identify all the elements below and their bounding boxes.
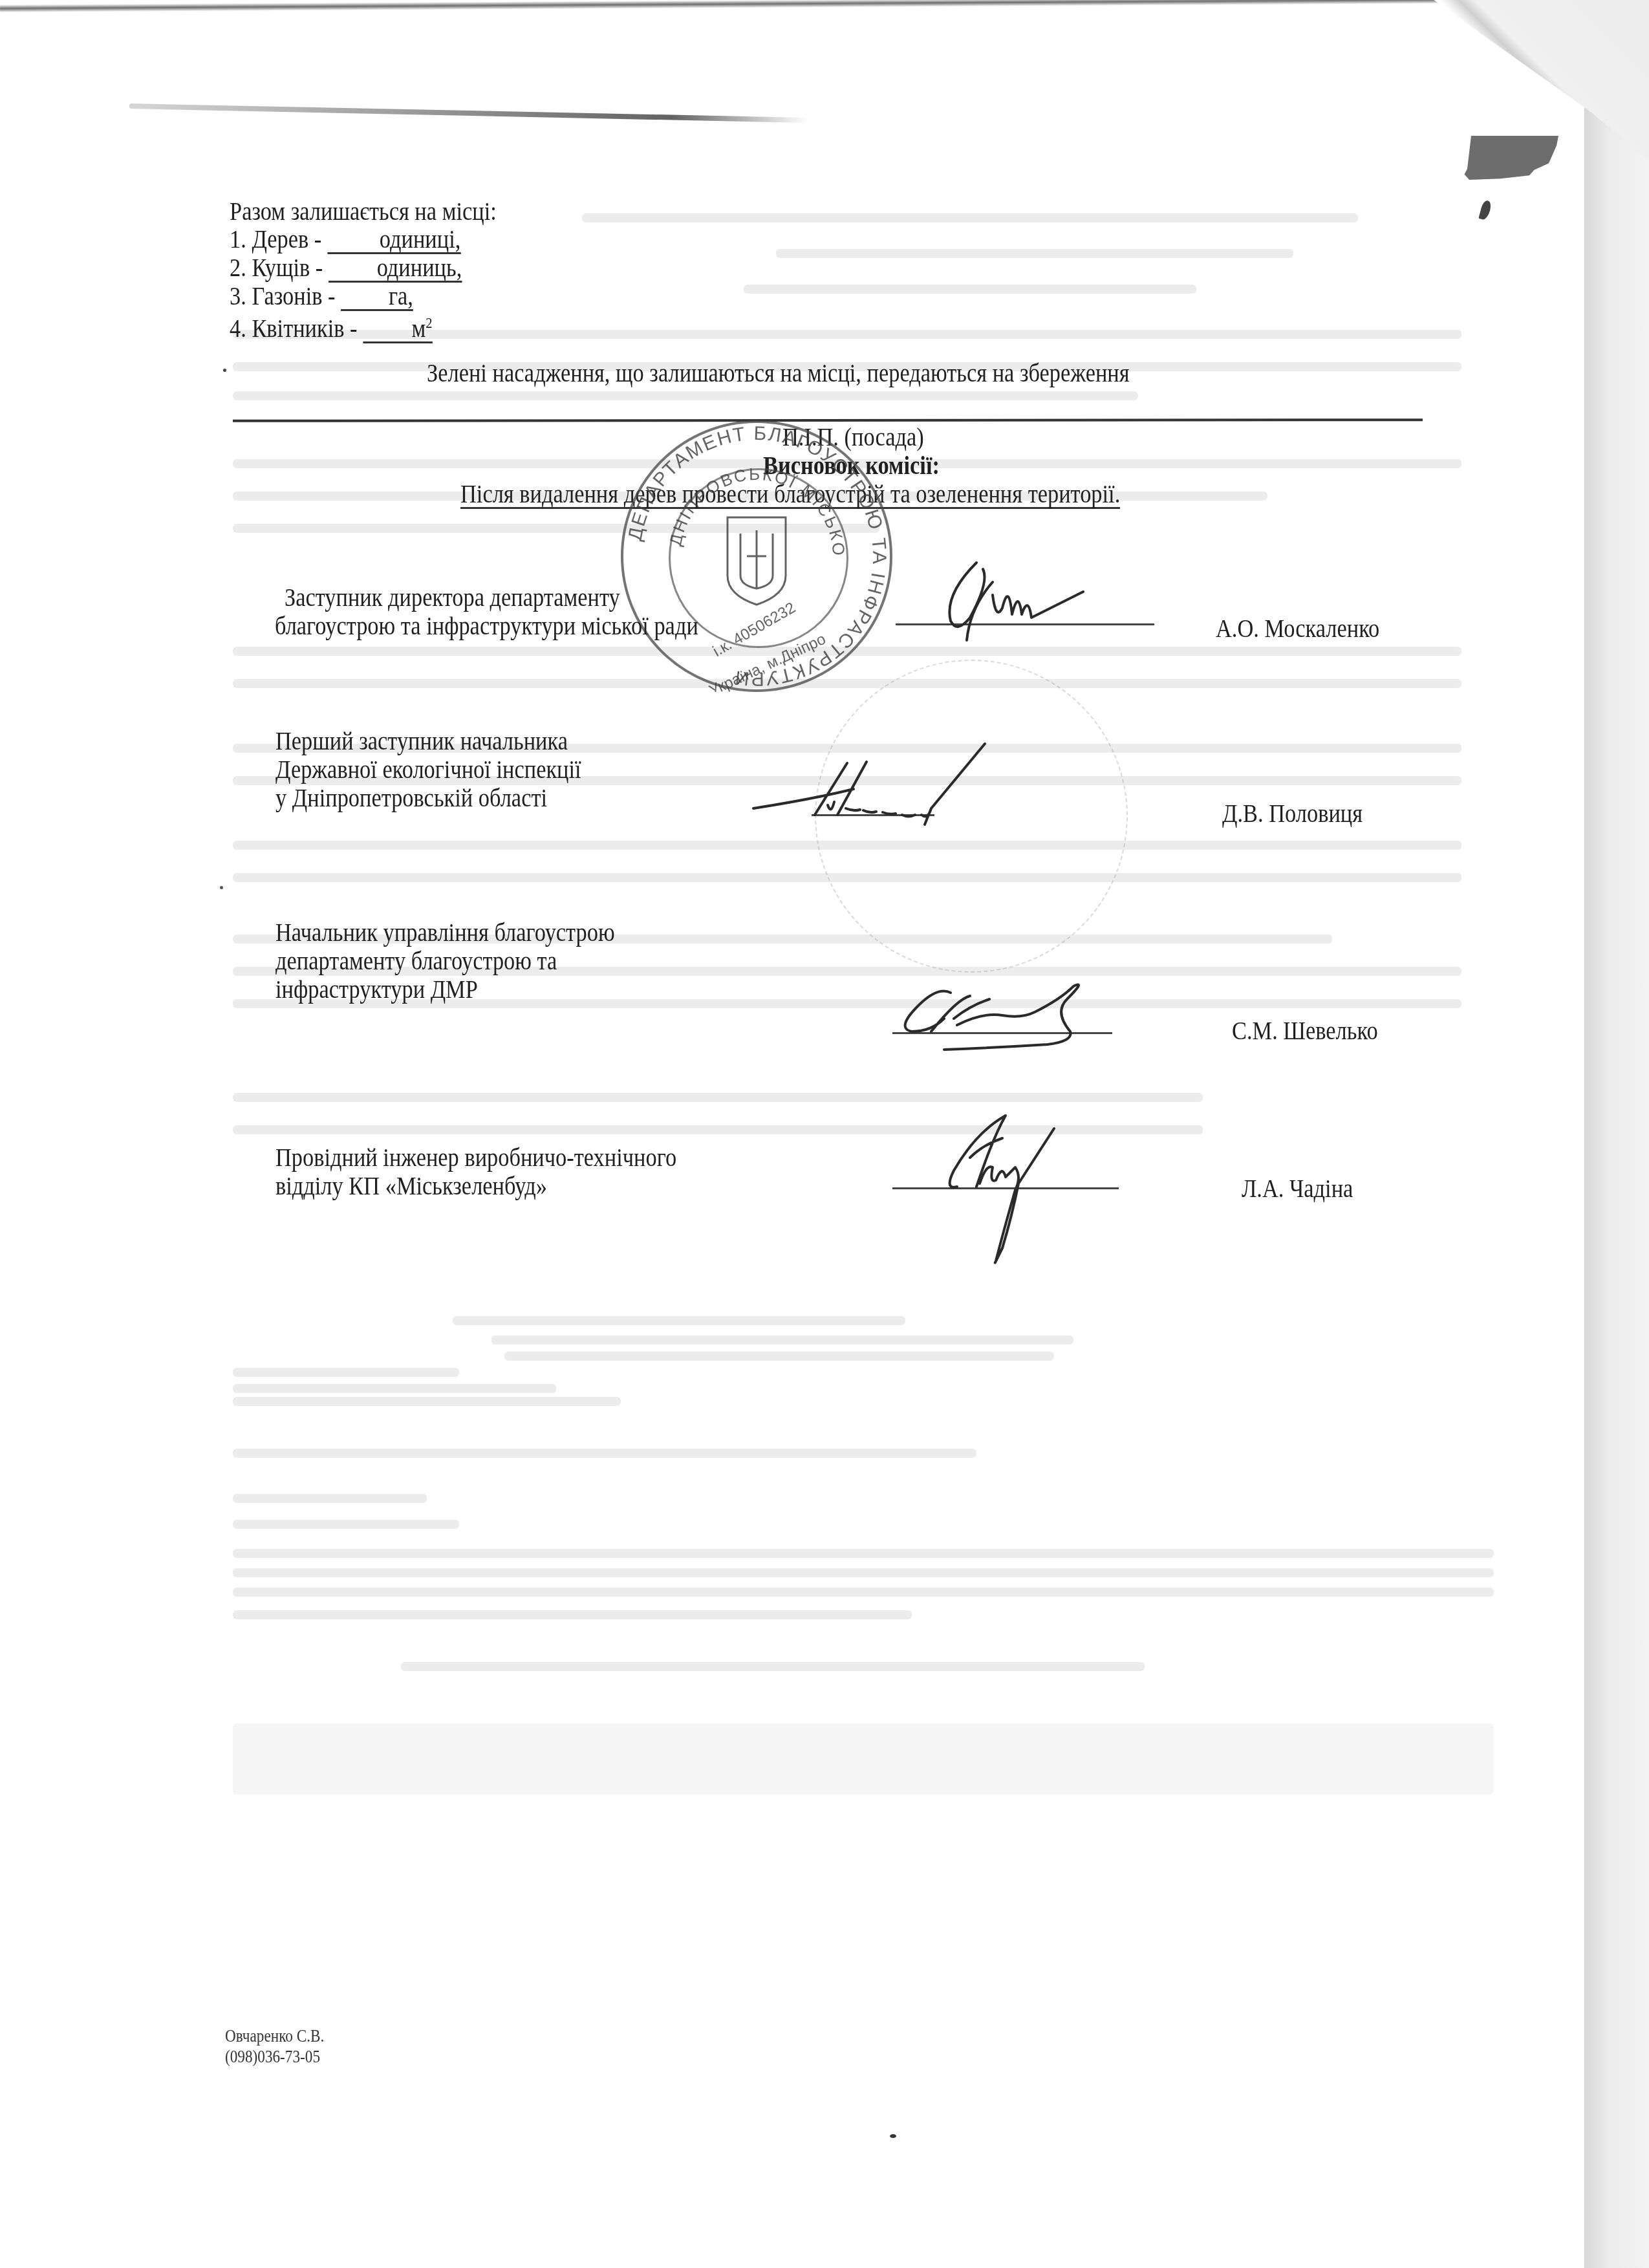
lawns-area-field[interactable]: га, <box>341 283 413 311</box>
unit-label: м <box>412 314 426 343</box>
executor-name: Овчаренко С.В. <box>225 2025 324 2046</box>
remaining-item-label: 2. Кущів - <box>230 253 323 282</box>
signatory-3-name: С.М. Шевелько <box>1232 1017 1378 1045</box>
signatory-4-title-line-2: відділу КП «Міськзеленбуд» <box>275 1172 547 1200</box>
remaining-item-flowerbeds: 4. Квітників - м2 <box>230 310 433 343</box>
trident-emblem-icon <box>727 517 786 605</box>
signatory-2-title-line-3: у Дніпропетровській області <box>275 784 547 812</box>
signatory-4-name: Л.А. Чадіна <box>1242 1174 1353 1203</box>
remaining-item-label: 4. Квітників - <box>230 314 358 343</box>
signatory-2-name: Д.В. Половиця <box>1222 799 1363 828</box>
remaining-item-lawns: 3. Газонів - га, <box>230 282 413 311</box>
remaining-title: Разом залишається на місці: <box>230 197 497 226</box>
transfer-note: Зелені насадження, що залишаються на міс… <box>427 359 1130 387</box>
trees-count-field[interactable]: одиниці, <box>327 226 460 254</box>
remaining-item-label: 1. Дерев - <box>230 224 321 254</box>
unit-superscript: 2 <box>426 315 432 332</box>
unit-label: га, <box>389 281 413 310</box>
signatory-1-title-line-1: Заступник директора департаменту <box>285 583 620 612</box>
unit-label: одиниць, <box>377 253 462 282</box>
page-fold-corner <box>1423 0 1649 2268</box>
signatory-4-title-line-1: Провідний інженер виробничо-технічного <box>275 1143 676 1172</box>
remaining-item-trees: 1. Дерев - одиниці, <box>230 225 460 254</box>
flowerbeds-area-field[interactable]: м2 <box>363 310 433 343</box>
remaining-item-shrubs: 2. Кущів - одиниць, <box>230 254 462 283</box>
official-stamp: ДЕПАРТАМЕНТ БЛАГОУСТРОЮ ТА ІНФРАСТРУКТУР… <box>621 420 892 692</box>
shrubs-count-field[interactable]: одиниць, <box>329 255 462 283</box>
remaining-item-label: 3. Газонів - <box>230 281 336 310</box>
unit-label: одиниці, <box>380 224 461 254</box>
signatory-2-title-line-1: Перший заступник начальника <box>275 727 568 755</box>
signature-polovytsia <box>750 724 1022 854</box>
signatory-2-title-line-2: Державної екологічної інспекції <box>275 755 581 784</box>
stray-mark <box>890 2134 896 2138</box>
executor-phone: (098)036-73-05 <box>225 2046 320 2067</box>
signature-moskalenko <box>931 556 1203 647</box>
scan-streak <box>129 103 808 123</box>
stray-mark <box>220 886 223 889</box>
scan-edge-shadow <box>0 0 1649 16</box>
signatory-3-title-line-3: інфраструктури ДМР <box>275 975 478 1004</box>
signatory-1-name: А.О. Москаленко <box>1216 614 1379 643</box>
signature-shevelko <box>892 973 1125 1057</box>
signature-chadina <box>931 1106 1112 1268</box>
signatory-1-title-line-2: благоустрою та інфраструктури міської ра… <box>275 612 698 640</box>
signatory-3-title-line-2: департаменту благоустрою та <box>275 947 557 975</box>
stray-mark <box>223 369 226 372</box>
signatory-3-title-line-1: Начальник управління благоустрою <box>275 918 615 947</box>
